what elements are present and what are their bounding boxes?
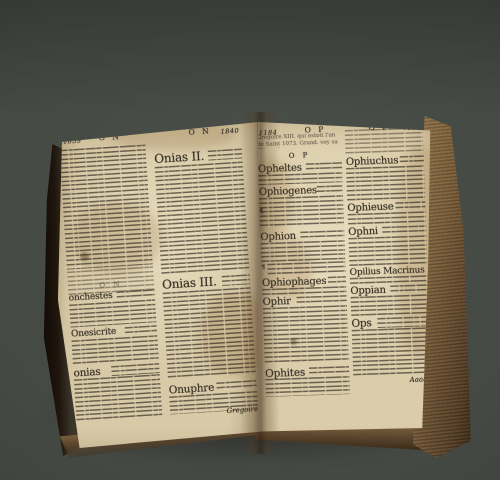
body-text-lines (155, 161, 250, 274)
page-number: 1839 (63, 137, 82, 146)
body-text-lines (348, 211, 426, 225)
running-head: O N (188, 126, 211, 136)
left-page: 1839 O N O N 1840 O N onchestes Onesicri… (52, 114, 264, 452)
body-text-lines (390, 284, 428, 294)
body-text-lines (74, 374, 163, 423)
body-text-lines (71, 335, 158, 365)
book-gutter-shadow (240, 112, 280, 454)
body-text-lines (208, 148, 243, 160)
body-text-lines (59, 145, 152, 270)
body-text-lines (297, 295, 347, 306)
body-text-lines (377, 316, 429, 328)
body-text-lines (345, 127, 424, 155)
body-text-lines (352, 327, 432, 376)
running-head: O N (98, 132, 121, 142)
body-text-lines (400, 155, 424, 165)
body-text-lines (395, 201, 425, 211)
body-text-lines (351, 294, 430, 316)
body-text-lines (306, 162, 342, 172)
entry-ops: Ops (351, 317, 372, 330)
body-text-lines (328, 276, 346, 286)
body-text-lines (382, 225, 426, 236)
body-text-lines (317, 185, 343, 195)
body-text-lines (346, 165, 425, 201)
body-text-lines (309, 366, 349, 376)
body-text-lines (300, 230, 344, 241)
photo-of-open-antique-book: 1839 O N O N 1840 O N onchestes Onesicri… (0, 0, 500, 480)
body-text-lines (348, 235, 427, 266)
page-number: 1840 (220, 127, 239, 136)
body-text-lines (69, 299, 156, 327)
body-text-lines (350, 275, 428, 284)
